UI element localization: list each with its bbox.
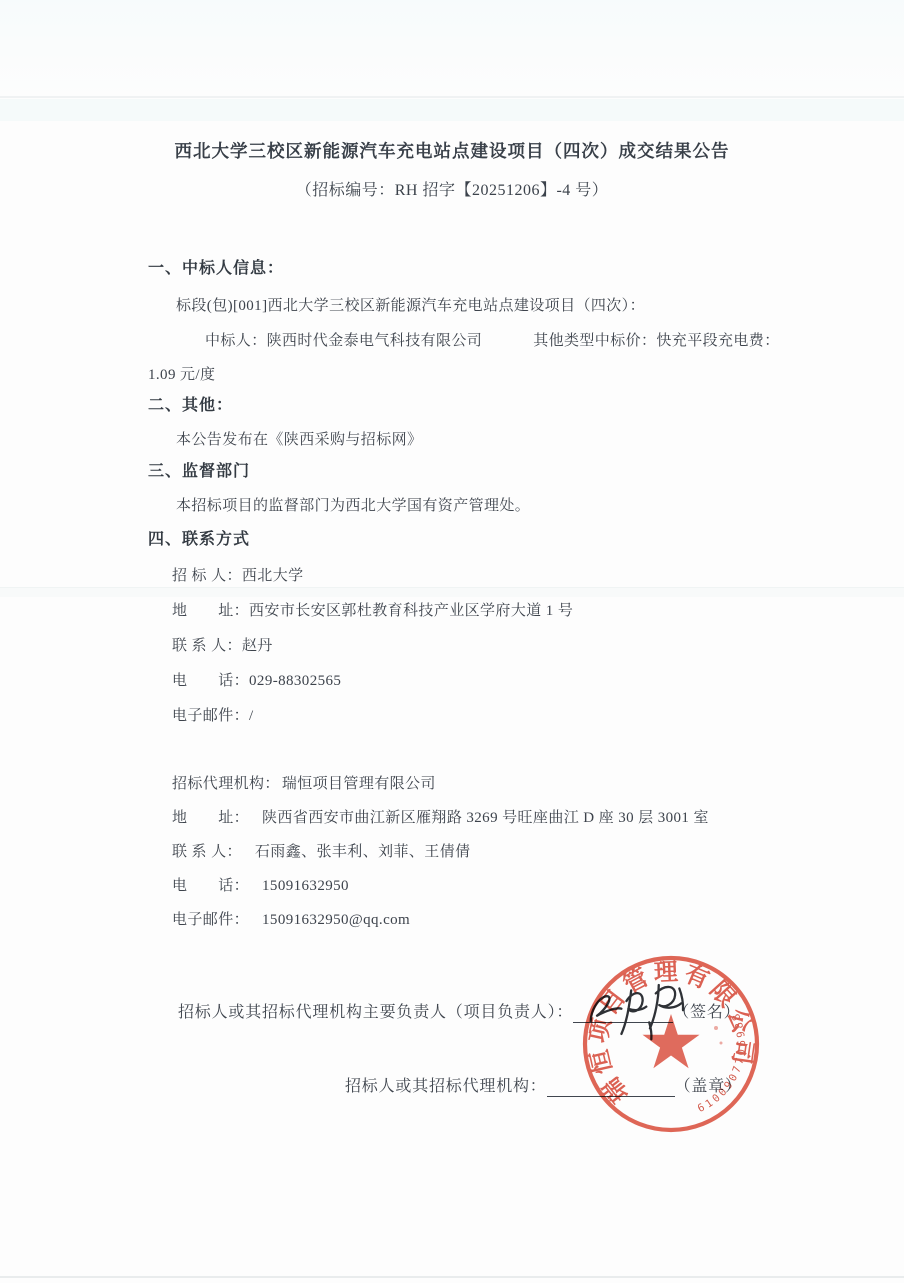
tenderer-name: 西北大学 bbox=[242, 566, 304, 586]
address-label: 地 址： bbox=[172, 601, 249, 621]
section-4-heading: 四、联系方式 bbox=[148, 530, 250, 550]
tenderer-contact: 赵丹 bbox=[242, 636, 273, 656]
svg-text:6100907706988: 6100907706988 bbox=[696, 1009, 748, 1115]
contact-label: 联 系 人： bbox=[172, 636, 242, 656]
contact-label: 联 系 人： bbox=[172, 842, 242, 862]
agency-contacts: 石雨鑫、张丰利、刘菲、王倩倩 bbox=[255, 842, 471, 862]
company-seal: 瑞恒项目管理有限公司 6100907706988 bbox=[571, 944, 771, 1144]
scan-hairline-bottom bbox=[0, 1276, 904, 1278]
agency-row: 电 话：15091632950 bbox=[172, 876, 349, 896]
seal-ink-speck bbox=[720, 1042, 723, 1045]
scan-hairline-top bbox=[0, 96, 904, 98]
seal-number: 6100907706988 bbox=[696, 1009, 748, 1115]
responsible-person-label: 招标人或其招标代理机构主要负责人（项目负责人）： bbox=[178, 1004, 573, 1021]
email-label: 电子邮件： bbox=[172, 706, 249, 726]
agency-seal-label: 招标人或其招标代理机构： bbox=[345, 1078, 547, 1095]
tenderer-row: 联 系 人：赵丹 bbox=[172, 636, 273, 656]
tender-number: （招标编号：RH 招字【20251206】-4 号） bbox=[0, 181, 904, 201]
section-1-heading: 一、中标人信息： bbox=[148, 259, 284, 279]
lot-line: 标段(包)[001]西北大学三校区新能源汽车充电站点建设项目（四次）： bbox=[176, 296, 645, 316]
tenderer-label: 招 标 人： bbox=[172, 566, 242, 586]
page-title: 西北大学三校区新能源汽车充电站点建设项目（四次）成交结果公告 bbox=[0, 141, 904, 161]
agency-phone: 15091632950 bbox=[262, 876, 349, 896]
tenderer-row: 电子邮件：/ bbox=[172, 706, 254, 726]
agency-name: 瑞恒项目管理有限公司 bbox=[282, 774, 436, 794]
tenderer-phone: 029-88302565 bbox=[249, 671, 341, 691]
other-price-label: 其他类型中标价：快充平段充电费： bbox=[533, 333, 779, 349]
email-label: 电子邮件： bbox=[172, 910, 249, 930]
publication-line: 本公告发布在《陕西采购与招标网》 bbox=[176, 430, 422, 450]
agency-address: 陕西省西安市曲江新区雁翔路 3269 号旺座曲江 D 座 30 层 3001 室 bbox=[262, 808, 709, 828]
phone-label: 电 话： bbox=[172, 671, 249, 691]
address-label: 地 址： bbox=[172, 808, 249, 828]
agency-row: 联 系 人：石雨鑫、张丰利、刘菲、王倩倩 bbox=[172, 842, 471, 862]
agency-email: 15091632950@qq.com bbox=[262, 910, 410, 930]
scanned-document-page: 西北大学三校区新能源汽车充电站点建设项目（四次）成交结果公告 （招标编号：RH … bbox=[0, 0, 904, 1283]
seal-ink-speck bbox=[714, 1026, 718, 1030]
agency-row: 招标代理机构：瑞恒项目管理有限公司 bbox=[172, 774, 436, 794]
section-3-heading: 三、监督部门 bbox=[148, 462, 250, 482]
scan-tint-band bbox=[0, 0, 904, 96]
tenderer-address: 西安市长安区郭杜教育科技产业区学府大道 1 号 bbox=[249, 601, 573, 621]
scan-hairline-middle bbox=[0, 587, 904, 597]
tenderer-row: 电 话：029-88302565 bbox=[172, 671, 341, 691]
winner-name: 中标人：陕西时代金泰电气科技有限公司 bbox=[205, 333, 482, 349]
section-2-heading: 二、其他： bbox=[148, 396, 233, 416]
winner-line: 中标人：陕西时代金泰电气科技有限公司其他类型中标价：快充平段充电费： bbox=[205, 331, 780, 351]
tenderer-email: / bbox=[249, 706, 254, 726]
supervision-line: 本招标项目的监督部门为西北大学国有资产管理处。 bbox=[176, 496, 530, 516]
price-line: 1.09 元/度 bbox=[148, 365, 215, 385]
tenderer-row: 招 标 人：西北大学 bbox=[172, 566, 304, 586]
phone-label: 电 话： bbox=[172, 876, 249, 896]
agency-row: 电子邮件：15091632950@qq.com bbox=[172, 910, 410, 930]
scan-tint-band bbox=[0, 99, 904, 121]
agency-row: 地 址：陕西省西安市曲江新区雁翔路 3269 号旺座曲江 D 座 30 层 30… bbox=[172, 808, 709, 828]
agency-label: 招标代理机构： bbox=[172, 774, 280, 794]
seal-star bbox=[643, 1014, 700, 1068]
tenderer-row: 地 址：西安市长安区郭杜教育科技产业区学府大道 1 号 bbox=[172, 601, 573, 621]
